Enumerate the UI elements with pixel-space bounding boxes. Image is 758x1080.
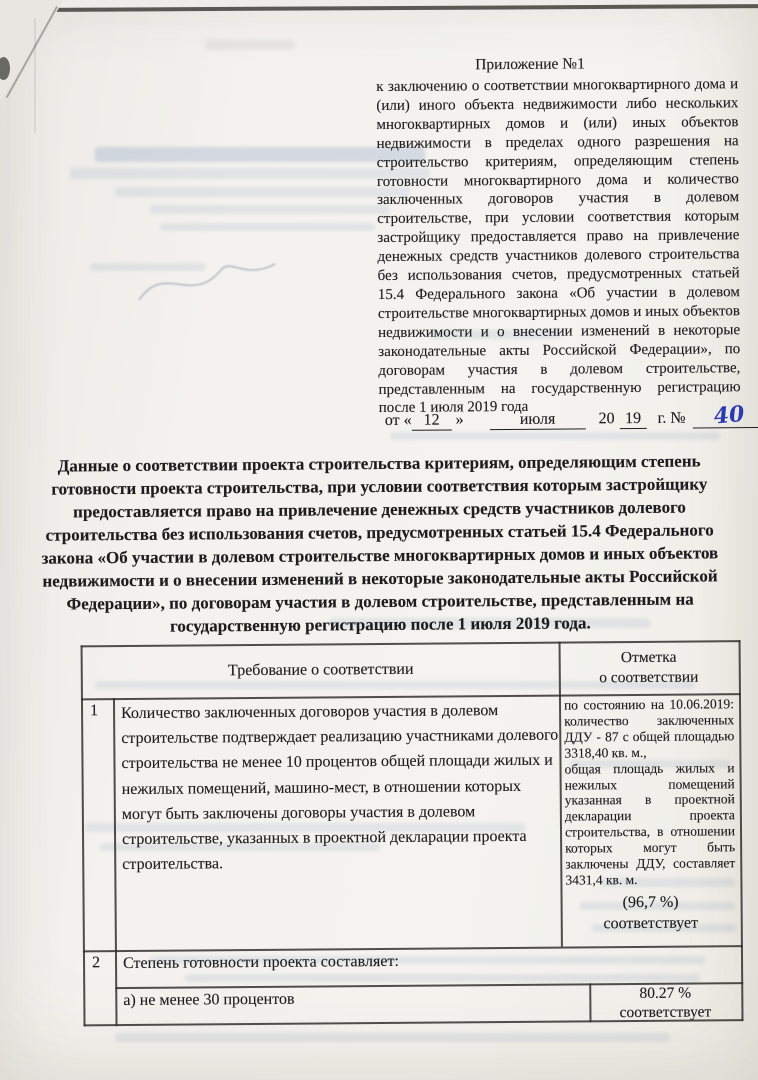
row1-mark-paragraph2: общая площадь жилых и нежилых помещений …: [564, 760, 735, 889]
appendix-label: Приложение №1: [376, 54, 738, 75]
row2a-mark-percent: 80.27 %: [591, 984, 739, 1004]
date-prefix: от «: [385, 412, 412, 429]
row1-mark: по состоянию на 10.06.2019: количество з…: [564, 696, 736, 934]
row1-requirement: Количество заключенных договоров участия…: [121, 698, 562, 878]
table-header-mark-line2: о соответствии: [599, 667, 698, 688]
scanned-document-page: Приложение №1 к заключению о соответстви…: [0, 0, 758, 1080]
row2a-requirement: а) не менее 30 процентов: [123, 989, 563, 1010]
appendix-block: Приложение №1 к заключению о соответстви…: [376, 54, 741, 418]
row1-number: 1: [90, 702, 98, 720]
row1-mark-percent: (96,7 %): [566, 891, 736, 913]
row1-mark-status: соответствует: [566, 912, 736, 934]
appendix-body-text: к заключению о соответствии многоквартир…: [376, 75, 741, 418]
table-header-requirement: Требование о соответствии: [83, 642, 559, 699]
document-number-underline: 40: [693, 408, 758, 429]
document-content: Приложение №1 к заключению о соответстви…: [0, 0, 758, 1080]
date-close-quote: »: [456, 411, 464, 428]
table-border-left: [81, 645, 86, 1026]
table-separator-number-column: [113, 698, 118, 1026]
row2-number: 2: [92, 954, 100, 972]
table-border-right: [739, 640, 744, 1021]
date-year-prefix: 20: [598, 410, 614, 427]
document-title: Данные о соответствии проекта строительс…: [29, 449, 730, 638]
document-date-line: от «12 »июля2019г. №40: [385, 408, 755, 431]
row2-requirement: Степень готовности проекта составляет:: [123, 951, 683, 973]
table-header-mark-line1: Отметка: [621, 647, 677, 667]
row1-mark-paragraph1: по состоянию на 10.06.2019: количество з…: [564, 696, 734, 761]
compliance-table: Требование о соответствии Отметка о соот…: [81, 640, 744, 1026]
handwritten-document-number: 40: [713, 407, 745, 424]
row2a-mark: 80.27 % соответствует: [591, 984, 739, 1022]
date-year: 19: [619, 410, 646, 429]
row2a-mark-status: соответствует: [591, 1003, 739, 1023]
table-header-mark: Отметка о соответствии: [559, 640, 739, 694]
date-month: июля: [490, 410, 586, 430]
date-number-label: г. №: [657, 410, 685, 427]
date-day: 12: [412, 411, 452, 430]
